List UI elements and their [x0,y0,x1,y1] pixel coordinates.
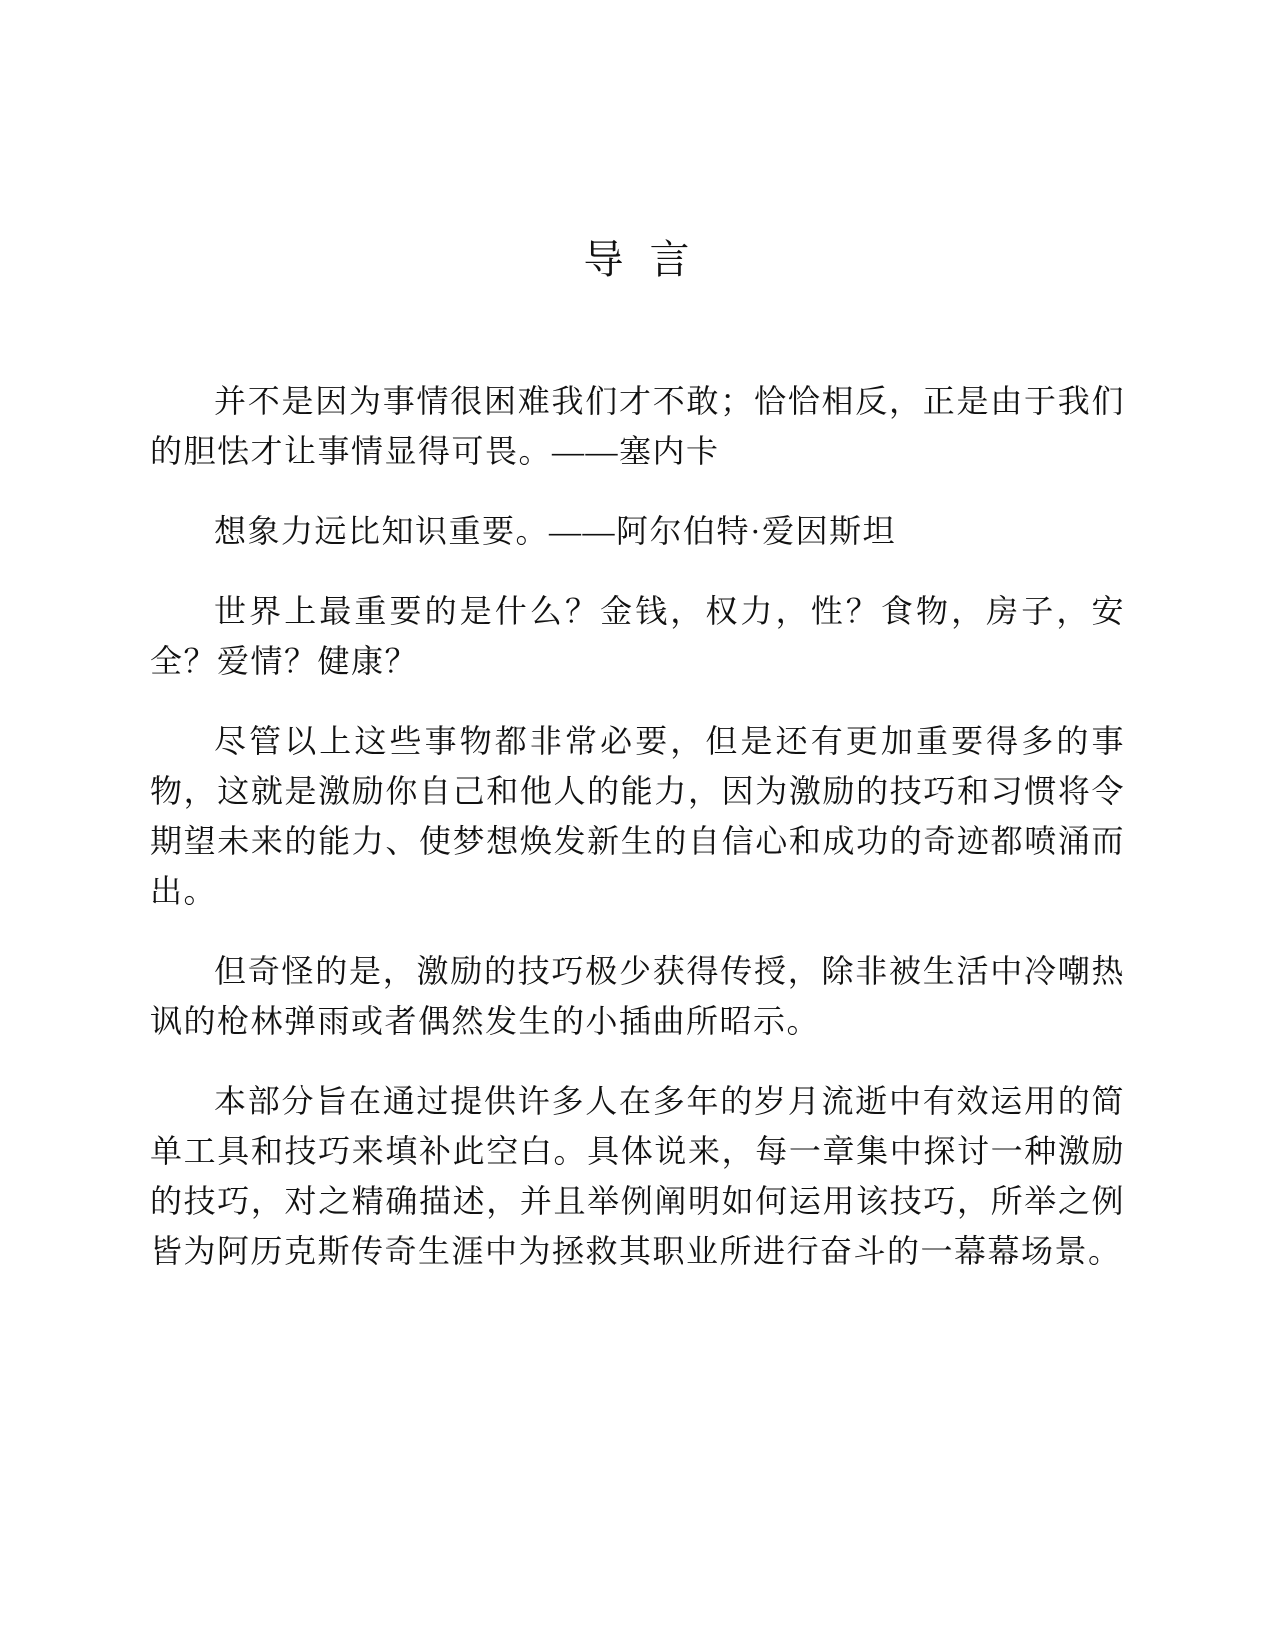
document-page: 导 言 并不是因为事情很困难我们才不敢；恰恰相反，正是由于我们的胆怯才让事情显得… [0,0,1275,1650]
paragraph-importance: 尽管以上这些事物都非常必要，但是还有更加重要得多的事物，这就是激励你自己和他人的… [150,716,1125,916]
paragraph-strange: 但奇怪的是，激励的技巧极少获得传授，除非被生活中冷嘲热讽的枪林弹雨或者偶然发生的… [150,946,1125,1046]
paragraph-quote-einstein: 想象力远比知识重要。——阿尔伯特·爱因斯坦 [150,506,1125,556]
paragraph-purpose: 本部分旨在通过提供许多人在多年的岁月流逝中有效运用的简单工具和技巧来填补此空白。… [150,1076,1125,1276]
page-title: 导 言 [150,240,1125,280]
paragraph-question: 世界上最重要的是什么？金钱，权力，性？食物，房子，安全？爱情？健康？ [150,586,1125,686]
paragraph-quote-seneca: 并不是因为事情很困难我们才不敢；恰恰相反，正是由于我们的胆怯才让事情显得可畏。—… [150,376,1125,476]
document-body: 并不是因为事情很困难我们才不敢；恰恰相反，正是由于我们的胆怯才让事情显得可畏。—… [150,376,1125,1276]
